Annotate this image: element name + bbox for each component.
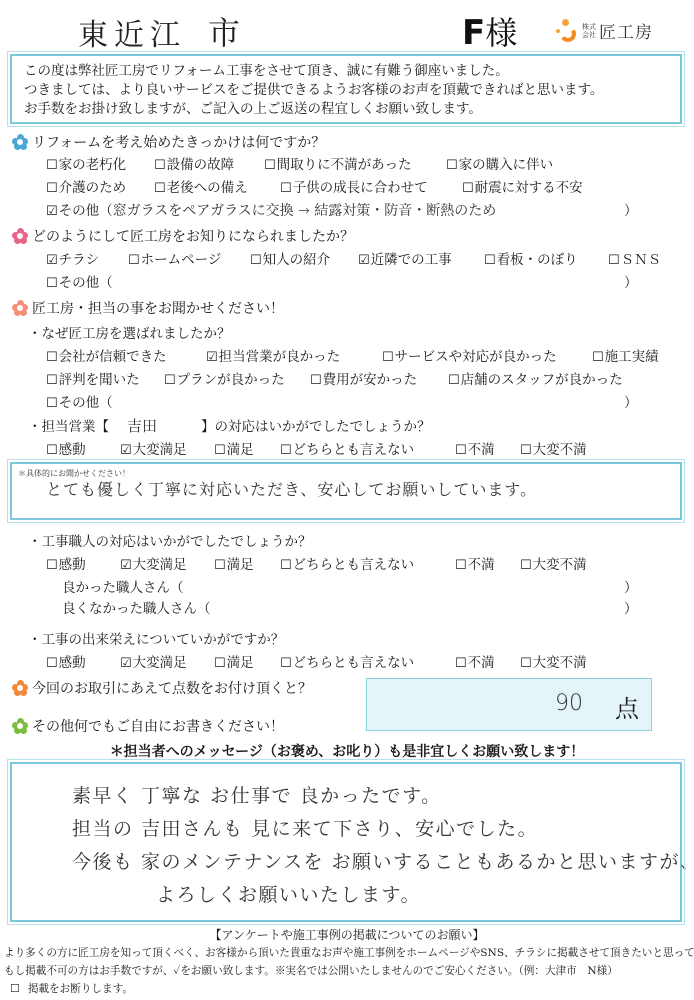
sales-rating[interactable]: ☐感動 [46, 438, 86, 458]
why-option[interactable]: ☑担当営業が良かった [206, 345, 340, 365]
q1-option[interactable]: ☐耐震に対する不安 [462, 176, 583, 196]
score-box[interactable]: 90 点 [366, 678, 652, 731]
city-handwritten: 東近江 [78, 10, 186, 54]
logo-kabushiki: 株式 会社 [581, 23, 597, 39]
footer-line: もし掲載不可の方はお手数ですが、✓をお願い致します。※実名では公開いたしませんの… [4, 963, 618, 978]
q1-option[interactable]: ☐間取りに不満があった [264, 153, 412, 173]
q2-option[interactable]: ☑チラシ [46, 248, 99, 268]
logo-name: 匠工房 [599, 18, 653, 43]
score-value: 90 [555, 691, 583, 716]
q2-heading: どのようにして匠工房をお知りになられましたか？ [12, 226, 354, 246]
sales-rating[interactable]: ☐不満 [455, 438, 495, 458]
flower-icon [12, 134, 28, 150]
customer-suffix: 様 [485, 14, 517, 52]
why-option[interactable]: ☐費用が安かった [310, 368, 417, 388]
intro-line: つきましては、より良いサービスをご提供できるようお客様のお声を頂戴できればと思い… [24, 81, 668, 100]
decline-publish-option[interactable]: ☐掲載をお断りします。 [10, 981, 133, 996]
paren-close: ） [624, 391, 638, 411]
q1-option[interactable]: ☐老後への備え [154, 176, 248, 196]
quality-rating[interactable]: ☐どちらとも言えない [280, 651, 414, 671]
flower-icon [12, 300, 28, 316]
sales-rating[interactable]: ☑大変満足 [120, 438, 187, 458]
q2-option[interactable]: ☐看板・のぼり [484, 248, 578, 268]
sales-question: ・担当営業【吉田】の対応はいかがでしたでしょうか？ [28, 415, 431, 436]
q1-option[interactable]: ☐介護のため [46, 176, 126, 196]
flower-icon [12, 680, 28, 696]
quality-rating[interactable]: ☐大変不満 [520, 651, 587, 671]
sales-rating[interactable]: ☐どちらとも言えない [280, 438, 414, 458]
q2-option[interactable]: ☐知人の紹介 [250, 248, 330, 268]
q5-heading: その他何でもご自由にお書きください！ [12, 716, 284, 736]
detail-text: とても優しく丁寧に対応いただき、安心してお願いしています。 [46, 477, 674, 500]
why-option[interactable]: ☐プランが良かった [164, 368, 285, 388]
customer-initial: F [462, 13, 485, 53]
q1-other-option[interactable]: ☑その他（窓ガラスをペアガラスに交換 → 結露対策・防音・断熱のため [46, 199, 496, 220]
q1-title: リフォームを考え始めたきっかけは何ですか？ [32, 132, 325, 152]
q3-heading: 匠工房・担当の事をお聞かせください！ [12, 298, 284, 318]
q1-option[interactable]: ☐家の老朽化 [46, 153, 126, 173]
intro-line: お手数をお掛け致しますが、ご記入の上ご返送の程宜しくお願い致します。 [24, 100, 668, 119]
craftsmen-question: ・工事職人の対応はいかがでしたでしょうか？ [28, 530, 312, 550]
q4-title: 今回のお取引にあえて点数をお付け頂くと？ [32, 678, 312, 698]
comment-line: 素早く 丁寧な お仕事で 良かったです。 [72, 780, 680, 813]
craftsmen-rating[interactable]: ☐不満 [455, 553, 495, 573]
craftsmen-rating[interactable]: ☐感動 [46, 553, 86, 573]
why-question: ・なぜ匠工房を選ばれましたか？ [28, 322, 231, 342]
intro-box: この度は弊社匠工房でリフォーム工事をさせて頂き、誠に有難う御座いました。 つきま… [10, 54, 682, 124]
q1-option[interactable]: ☐設備の故障 [154, 153, 234, 173]
intro-line: この度は弊社匠工房でリフォーム工事をさせて頂き、誠に有難う御座いました。 [24, 62, 668, 81]
q1-other-value: 窓ガラスをペアガラスに交換 → 結露対策・防音・断熱のため [113, 203, 497, 219]
q2-option[interactable]: ☑近隣での工事 [358, 248, 452, 268]
paren-close: ） [624, 597, 638, 617]
craftsmen-rating[interactable]: ☐満足 [214, 553, 254, 573]
why-other-option[interactable]: ☐その他（ [46, 391, 113, 411]
company-logo: 株式 会社 匠工房 [556, 18, 653, 43]
q4-heading: 今回のお取引にあえて点数をお付け頂くと？ [12, 678, 312, 698]
paren-close: ） [624, 199, 638, 219]
free-comment-box[interactable]: 素早く 丁寧な お仕事で 良かったです。 担当の 吉田さんも 見に来て下さり、安… [10, 762, 682, 922]
q2-other-option[interactable]: ☐その他（ [46, 271, 113, 291]
q2-title: どのようにして匠工房をお知りになられましたか？ [32, 226, 354, 246]
bad-craftsmen-field[interactable]: 良くなかった職人さん（ [62, 597, 211, 617]
comment-line: 今後も 家のメンテナンスを お願いすることもあるかと思いますが、 [72, 846, 680, 879]
q2-option[interactable]: ☐ホームページ [128, 248, 221, 268]
craftsmen-rating[interactable]: ☑大変満足 [120, 553, 187, 573]
footer-line: より多くの方に匠工房を知って頂くべく、お客様から頂いた貴重なお声や施工事例をホー… [4, 945, 694, 960]
decline-checkbox: ☐ [10, 982, 20, 995]
paren-close: ） [624, 576, 638, 596]
quality-question: ・工事の出来栄えについていかがですか？ [28, 628, 284, 648]
quality-rating[interactable]: ☐感動 [46, 651, 86, 671]
logo-mark-icon [556, 19, 578, 43]
customer-name: F様 [462, 8, 517, 54]
flower-icon [12, 718, 28, 734]
why-option[interactable]: ☐会社が信頼できた [46, 345, 167, 365]
flower-icon [12, 228, 28, 244]
comment-line: よろしくお願いいたします。 [72, 879, 680, 912]
q5-title: その他何でもご自由にお書きください！ [32, 716, 284, 736]
why-option[interactable]: ☐サービスや対応が良かった [382, 345, 557, 365]
quality-rating[interactable]: ☐不満 [455, 651, 495, 671]
q1-option[interactable]: ☐家の購入に伴い [446, 153, 553, 173]
paren-close: ） [624, 271, 638, 291]
sales-detail-box[interactable]: ＊具体的にお聞かせください！ とても優しく丁寧に対応いただき、安心してお願いして… [10, 462, 682, 520]
craftsmen-rating[interactable]: ☐大変不満 [520, 553, 587, 573]
q2-option[interactable]: ☐ＳＮＳ [608, 248, 661, 268]
craftsmen-rating[interactable]: ☐どちらとも言えない [280, 553, 414, 573]
score-unit: 点 [615, 689, 639, 724]
sales-rep-name: 吉田 [109, 415, 201, 436]
message-note: ＊担当者へのメッセージ（お褒め、お叱り）も是非宜しくお願い致します！ [0, 741, 694, 761]
why-option[interactable]: ☐評判を聞いた [46, 368, 140, 388]
good-craftsmen-field[interactable]: 良かった職人さん（ [62, 576, 184, 596]
quality-rating[interactable]: ☑大変満足 [120, 651, 187, 671]
city-suffix: 市 [208, 8, 240, 54]
why-option[interactable]: ☐施工実績 [592, 345, 659, 365]
q1-heading: リフォームを考え始めたきっかけは何ですか？ [12, 132, 325, 152]
comment-line: 担当の 吉田さんも 見に来て下さり、安心でした。 [72, 813, 680, 846]
q3-title: 匠工房・担当の事をお聞かせください！ [32, 298, 284, 318]
sales-rating[interactable]: ☐大変不満 [520, 438, 587, 458]
quality-rating[interactable]: ☐満足 [214, 651, 254, 671]
sales-rating[interactable]: ☐満足 [214, 438, 254, 458]
footer-title: 【アンケートや施工事例の掲載についてのお願い】 [0, 926, 694, 943]
q1-option[interactable]: ☐子供の成長に合わせて [280, 176, 428, 196]
why-option[interactable]: ☐店舗のスタッフが良かった [448, 368, 623, 388]
